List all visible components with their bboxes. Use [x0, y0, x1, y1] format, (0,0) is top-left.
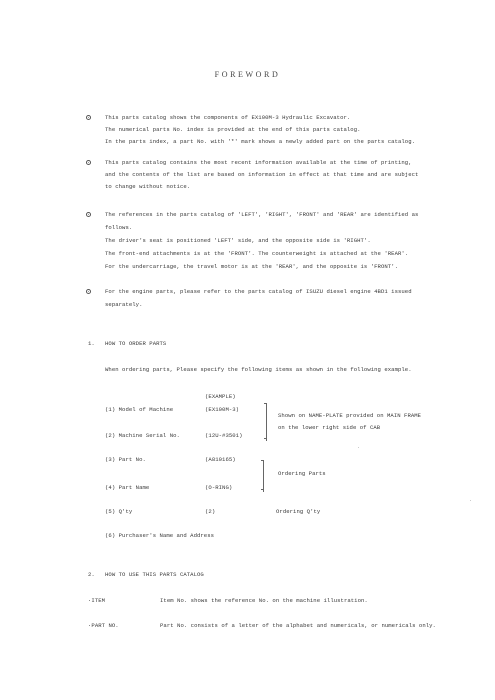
section-heading: HOW TO USE THIS PARTS CATALOG — [105, 571, 204, 578]
paragraph-line: follows. — [105, 224, 132, 231]
order-item-label: (3) Part No. — [105, 456, 146, 463]
order-item-example: (2) — [205, 508, 215, 515]
order-item-label: (4) Part Name — [105, 484, 149, 491]
order-item-example: (O-RING) — [205, 484, 232, 491]
brace-bracket — [266, 403, 271, 441]
section-intro: When ordering parts, Please specify the … — [105, 366, 412, 373]
page-title: FOREWORD — [0, 70, 495, 79]
example-header: (EXAMPLE) — [205, 393, 236, 400]
nameplate-note: Shown on NAME-PLATE provided on MAIN FRA… — [278, 412, 421, 419]
order-item-label: (2) Machine Serial No. — [105, 432, 180, 439]
definition-desc: Item No. shows the reference No. on the … — [160, 597, 368, 604]
section-heading: HOW TO ORDER PARTS — [105, 340, 166, 347]
circle-bullet-icon — [86, 160, 91, 165]
section-number: 1. — [88, 340, 95, 347]
ordering-qty-note: Ordering Q'ty — [276, 508, 320, 515]
order-item-example: (EX100M-3) — [205, 406, 239, 413]
order-item-label: (6) Purchaser's Name and Address — [105, 532, 214, 539]
section-number: 2. — [88, 571, 95, 578]
order-item-label: (5) Q'ty — [105, 508, 132, 515]
brace-bracket — [263, 460, 268, 492]
circle-bullet-icon — [86, 115, 91, 120]
paragraph-line: to change without notice. — [105, 183, 190, 190]
circle-bullet-icon — [86, 212, 91, 217]
definition-term: ·ITEM — [88, 597, 105, 604]
definition-desc: Part No. consists of a letter of the alp… — [160, 622, 436, 629]
ordering-parts-note: Ordering Parts — [278, 470, 326, 477]
paragraph-line: and the contents of the list are based o… — [105, 171, 418, 178]
nameplate-note: on the lower right side of CAB — [278, 424, 380, 431]
paragraph-line: This parts catalog contains the most rec… — [105, 159, 412, 166]
paragraph-line: The front-end attachments is at the 'FRO… — [105, 250, 408, 257]
paragraph-line: separately. — [105, 301, 142, 308]
paragraph-line: The numerical parts No. index is provide… — [105, 126, 361, 133]
paragraph-line: For the undercarriage, the travel motor … — [105, 263, 398, 270]
paragraph-line: The references in the parts catalog of '… — [105, 211, 418, 218]
order-item-example: (12U-#3501) — [205, 432, 242, 439]
order-item-label: (1) Model of Machine — [105, 406, 173, 413]
paragraph-line: The driver's seat is positioned 'LEFT' s… — [105, 237, 371, 244]
paragraph-line: For the engine parts, please refer to th… — [105, 288, 412, 295]
circle-bullet-icon — [86, 289, 91, 294]
definition-term: ·PART NO. — [88, 622, 119, 629]
paragraph-line: This parts catalog shows the components … — [105, 114, 350, 121]
paragraph-line: In the parts index, a part No. with '*' … — [105, 138, 415, 145]
order-item-example: (A810165) — [205, 456, 236, 463]
